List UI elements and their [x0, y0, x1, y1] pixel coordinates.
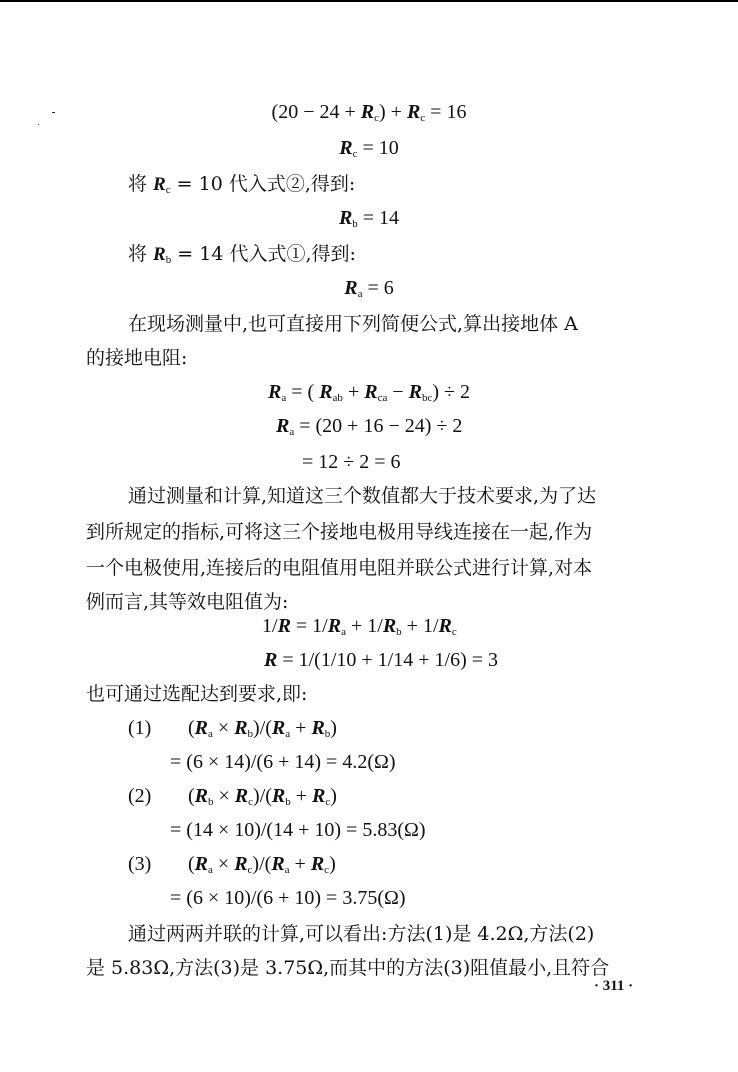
equation-ra-simplified: = 12 ÷ 2 = 6: [302, 450, 401, 474]
var-r: R: [339, 207, 352, 229]
var-r: R: [153, 174, 166, 195]
option-label: (3): [128, 852, 188, 876]
text: = 14 代入式①,得到:: [171, 243, 356, 265]
var-r: R: [328, 615, 341, 637]
equation-parallel-formula: 1/R = 1/Ra + 1/Rb + 1/Rc: [262, 614, 457, 644]
option-3-formula: (3)(Ra × Rc)/(Ra + Rc): [128, 852, 336, 882]
option-3-result: = (6 × 10)/(6 + 10) = 3.75(Ω): [170, 886, 406, 910]
equation-ra-numeric: Ra = (20 + 16 − 24) ÷ 2: [276, 414, 462, 444]
equation-rc-result: Rc = 10: [0, 136, 738, 166]
option-1-formula: (1)(Ra × Rb)/(Ra + Rb): [128, 716, 337, 746]
eq-text: (: [188, 785, 195, 807]
eq-text: = 16: [425, 101, 466, 123]
var-r: R: [272, 717, 285, 739]
var-r: R: [271, 853, 284, 875]
paragraph-2-line-1: 通过测量和计算,知道这三个数值都大于技术要求,为了达: [128, 484, 596, 508]
eq-text: ×: [213, 717, 234, 739]
var-r: R: [407, 101, 420, 123]
option-2-result: = (14 × 10)/(14 + 10) = 5.83(Ω): [170, 818, 426, 842]
paragraph-3: 也可通过选配达到要求,即:: [86, 682, 307, 706]
option-label: (2): [128, 784, 188, 808]
eq-text: +: [290, 717, 311, 739]
eq-text: = 1/(1/10 + 1/14 + 1/6) = 3: [277, 649, 498, 671]
eq-text: = 10: [357, 137, 398, 159]
var-r: R: [339, 137, 352, 159]
eq-text: = (20 + 16 − 24) ÷ 2: [294, 415, 462, 437]
eq-text: = 6: [362, 277, 393, 299]
paragraph-2-line-4: 例而言,其等效电阻值为:: [86, 590, 288, 614]
eq-text: 1/: [262, 615, 278, 637]
paragraph-1-line-2: 的接地电阻:: [86, 346, 187, 370]
var-r: R: [278, 615, 291, 637]
equation-ra-result: Ra = 6: [0, 276, 738, 306]
eq-text: +: [291, 785, 312, 807]
eq-text: )/(: [253, 785, 272, 807]
var-r: R: [364, 381, 377, 403]
var-r: R: [361, 101, 374, 123]
eq-text: ×: [214, 785, 235, 807]
var-r: R: [153, 244, 166, 265]
paragraph-1-line-1: 在现场测量中,也可直接用下列简便公式,算出接地体 A: [128, 312, 578, 336]
eq-text: ): [330, 785, 337, 807]
eq-text: +: [290, 853, 311, 875]
sub-ca: ca: [378, 392, 388, 404]
equation-rc-derivation: (20 − 24 + Rc) + Rc = 16: [0, 100, 738, 130]
substitution-line-1: 将 Rc = 10 代入式②,得到:: [128, 172, 355, 202]
eq-text: )/(: [253, 717, 272, 739]
paragraph-4-line-2: 是 5.83Ω,方法(3)是 3.75Ω,而其中的方法(3)阻值最小,且符合: [86, 956, 609, 980]
var-r: R: [234, 853, 247, 875]
top-border-rule: [0, 0, 738, 2]
var-r: R: [195, 785, 208, 807]
option-label: (1): [128, 716, 188, 740]
eq-text: ): [330, 717, 337, 739]
sub-c: c: [452, 626, 457, 638]
text: 将: [128, 243, 153, 265]
eq-text: = 1/: [291, 615, 328, 637]
option-1-result: = (6 × 14)/(6 + 14) = 4.2(Ω): [170, 750, 396, 774]
var-r: R: [234, 717, 247, 739]
page-number: · 311 ·: [594, 978, 633, 995]
paragraph-2-line-3: 一个电极使用,连接后的电阻值用电阻并联公式进行计算,对本: [86, 556, 592, 580]
eq-text: −: [387, 381, 408, 403]
var-r: R: [344, 277, 357, 299]
var-r: R: [264, 649, 277, 671]
eq-text: = (: [286, 381, 319, 403]
equation-rb-result: Rb = 14: [0, 206, 738, 236]
paragraph-2-line-2: 到所规定的指标,可将这三个接地电极用导线连接在一起,作为: [86, 520, 592, 544]
equation-parallel-result: R = 1/(1/10 + 1/14 + 1/6) = 3: [264, 648, 498, 672]
var-r: R: [268, 381, 281, 403]
var-r: R: [311, 853, 324, 875]
var-r: R: [312, 785, 325, 807]
var-r: R: [319, 381, 332, 403]
eq-text: ×: [213, 853, 234, 875]
sub-ab: ab: [333, 392, 343, 404]
var-r: R: [409, 381, 422, 403]
substitution-line-2: 将 Rb = 14 代入式①,得到:: [128, 242, 356, 272]
eq-text: ): [329, 853, 336, 875]
text: 将: [128, 173, 153, 195]
eq-text: )/(: [252, 853, 271, 875]
paragraph-4-line-1: 通过两两并联的计算,可以看出:方法(1)是 4.2Ω,方法(2): [128, 922, 594, 946]
text: = 10 代入式②,得到:: [171, 173, 356, 195]
var-r: R: [235, 785, 248, 807]
sub-bc: bc: [422, 392, 432, 404]
eq-text: +: [343, 381, 364, 403]
option-2-formula: (2)(Rb × Rc)/(Rb + Rc): [128, 784, 337, 814]
eq-text: ) +: [379, 101, 407, 123]
var-r: R: [311, 717, 324, 739]
var-r: R: [272, 785, 285, 807]
var-r: R: [195, 717, 208, 739]
equation-ra-formula: Ra = ( Rab + Rca − Rbc) ÷ 2: [0, 380, 738, 410]
var-r: R: [383, 615, 396, 637]
eq-text: + 1/: [346, 615, 383, 637]
var-r: R: [195, 853, 208, 875]
eq-text: + 1/: [402, 615, 439, 637]
eq-text: (20 − 24 +: [272, 101, 361, 123]
var-r: R: [439, 615, 452, 637]
eq-text: (: [188, 853, 195, 875]
eq-text: = 14: [358, 207, 399, 229]
eq-text: (: [188, 717, 195, 739]
var-r: R: [276, 415, 289, 437]
eq-text: ) ÷ 2: [432, 381, 470, 403]
